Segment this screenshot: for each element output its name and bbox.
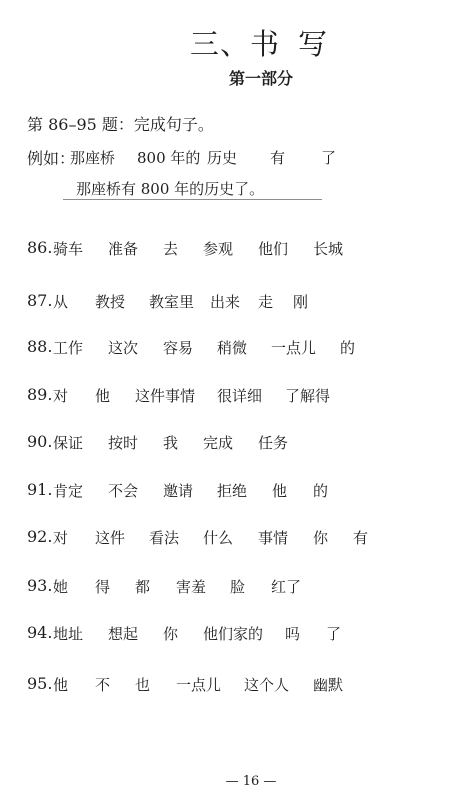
question-88: 88. 工作 这次 容易 稍微 一点儿 的 (27, 337, 467, 361)
word-tile: 他 (53, 674, 68, 695)
word-tile: 幽默 (313, 674, 343, 695)
word-tile: 按时 (108, 432, 138, 453)
word-tile: 他 (272, 480, 287, 501)
word-tile: 对 (53, 527, 68, 548)
question-91: 91. 肯定 不会 邀请 拒绝 他 的 (27, 480, 467, 504)
question-95: 95. 他 不 也 一点儿 这个人 幽默 (27, 674, 467, 698)
question-number: 94. (27, 623, 52, 642)
word-tile: 她 (53, 576, 68, 597)
word-tile: 不会 (108, 480, 138, 501)
word-tile: 一点儿 (271, 337, 316, 358)
word-tile: 的 (313, 480, 328, 501)
word-tile: 完成 (203, 432, 233, 453)
question-number: 91. (27, 480, 52, 499)
word-tile: 工作 (53, 337, 83, 358)
word-tile: 红了 (271, 576, 301, 597)
word-tile: 有 (353, 527, 368, 548)
section-title: 三、书写 (0, 22, 474, 63)
question-92: 92. 对 这件 看法 什么 事情 你 有 (27, 527, 467, 551)
example-word: 800 年的 (137, 147, 200, 168)
word-tile: 害羞 (176, 576, 206, 597)
word-tile: 都 (135, 576, 150, 597)
word-tile: 稍微 (217, 337, 247, 358)
example-word: 历史 (207, 147, 237, 168)
word-tile: 这次 (108, 337, 138, 358)
question-89: 89. 对 他 这件事情 很详细 了解得 (27, 385, 467, 409)
word-tile: 他们家的 (203, 623, 263, 644)
question-number: 92. (27, 527, 52, 546)
word-tile: 拒绝 (217, 480, 247, 501)
word-tile: 事情 (258, 527, 288, 548)
example-word: 有 (270, 147, 285, 168)
question-94: 94. 地址 想起 你 他们家的 吗 了 (27, 623, 467, 647)
word-tile: 去 (163, 238, 178, 259)
word-tile: 容易 (163, 337, 193, 358)
question-90: 90. 保证 按时 我 完成 任务 (27, 432, 467, 456)
question-87: 87. 从 教授 教室里 出来 走 刚 (27, 291, 467, 315)
word-tile: 了解得 (285, 385, 330, 406)
word-tile: 看法 (149, 527, 179, 548)
word-tile: 准备 (108, 238, 138, 259)
word-tile: 他们 (258, 238, 288, 259)
example-label: 例如： (27, 146, 75, 169)
word-tile: 一点儿 (176, 674, 221, 695)
word-tile: 任务 (258, 432, 288, 453)
word-tile: 很详细 (217, 385, 262, 406)
word-tile: 保证 (53, 432, 83, 453)
word-tile: 地址 (53, 623, 83, 644)
question-number: 90. (27, 432, 52, 451)
word-tile: 骑车 (53, 238, 83, 259)
part-subtitle: 第一部分 (0, 66, 474, 89)
word-tile: 他 (95, 385, 110, 406)
word-tile: 你 (163, 623, 178, 644)
word-tile: 得 (95, 576, 110, 597)
word-tile: 出来 (210, 291, 240, 312)
instruction-text: 第 86–95 题：完成句子。 (27, 112, 214, 135)
example-answer: 那座桥有 800 年的历史了。 (76, 178, 264, 199)
word-tile: 你 (313, 527, 328, 548)
word-tile: 从 (53, 291, 68, 312)
page-number: — 16 — (0, 774, 474, 789)
word-tile: 长城 (313, 238, 343, 259)
word-tile: 什么 (203, 527, 233, 548)
question-number: 89. (27, 385, 52, 404)
word-tile: 对 (53, 385, 68, 406)
question-93: 93. 她 得 都 害羞 脸 红了 (27, 576, 467, 600)
question-number: 93. (27, 576, 52, 595)
word-tile: 不 (95, 674, 110, 695)
word-tile: 我 (163, 432, 178, 453)
word-tile: 肯定 (53, 480, 83, 501)
word-tile: 吗 (285, 623, 300, 644)
word-tile: 的 (340, 337, 355, 358)
word-tile: 刚 (293, 291, 308, 312)
word-tile: 邀请 (163, 480, 193, 501)
word-tile: 这件事情 (135, 385, 195, 406)
word-tile: 走 (258, 291, 273, 312)
word-tile: 了 (326, 623, 341, 644)
question-86: 86. 骑车 准备 去 参观 他们 长城 (27, 238, 467, 262)
answer-underline (63, 199, 322, 200)
word-tile: 教授 (95, 291, 125, 312)
section-title-part2: 写 (298, 27, 328, 61)
question-number: 95. (27, 674, 52, 693)
example-word: 那座桥 (70, 147, 115, 168)
word-tile: 这件 (95, 527, 125, 548)
example-word: 了 (321, 147, 336, 168)
example-row: 例如： 那座桥 800 年的 历史 有 了 (27, 146, 467, 168)
question-number: 86. (27, 238, 52, 257)
word-tile: 教室里 (149, 291, 194, 312)
word-tile: 这个人 (244, 674, 289, 695)
word-tile: 也 (135, 674, 150, 695)
word-tile: 脸 (230, 576, 245, 597)
question-number: 87. (27, 291, 52, 310)
section-title-part1: 三、书 (190, 27, 280, 61)
question-number: 88. (27, 337, 52, 356)
word-tile: 想起 (108, 623, 138, 644)
word-tile: 参观 (203, 238, 233, 259)
